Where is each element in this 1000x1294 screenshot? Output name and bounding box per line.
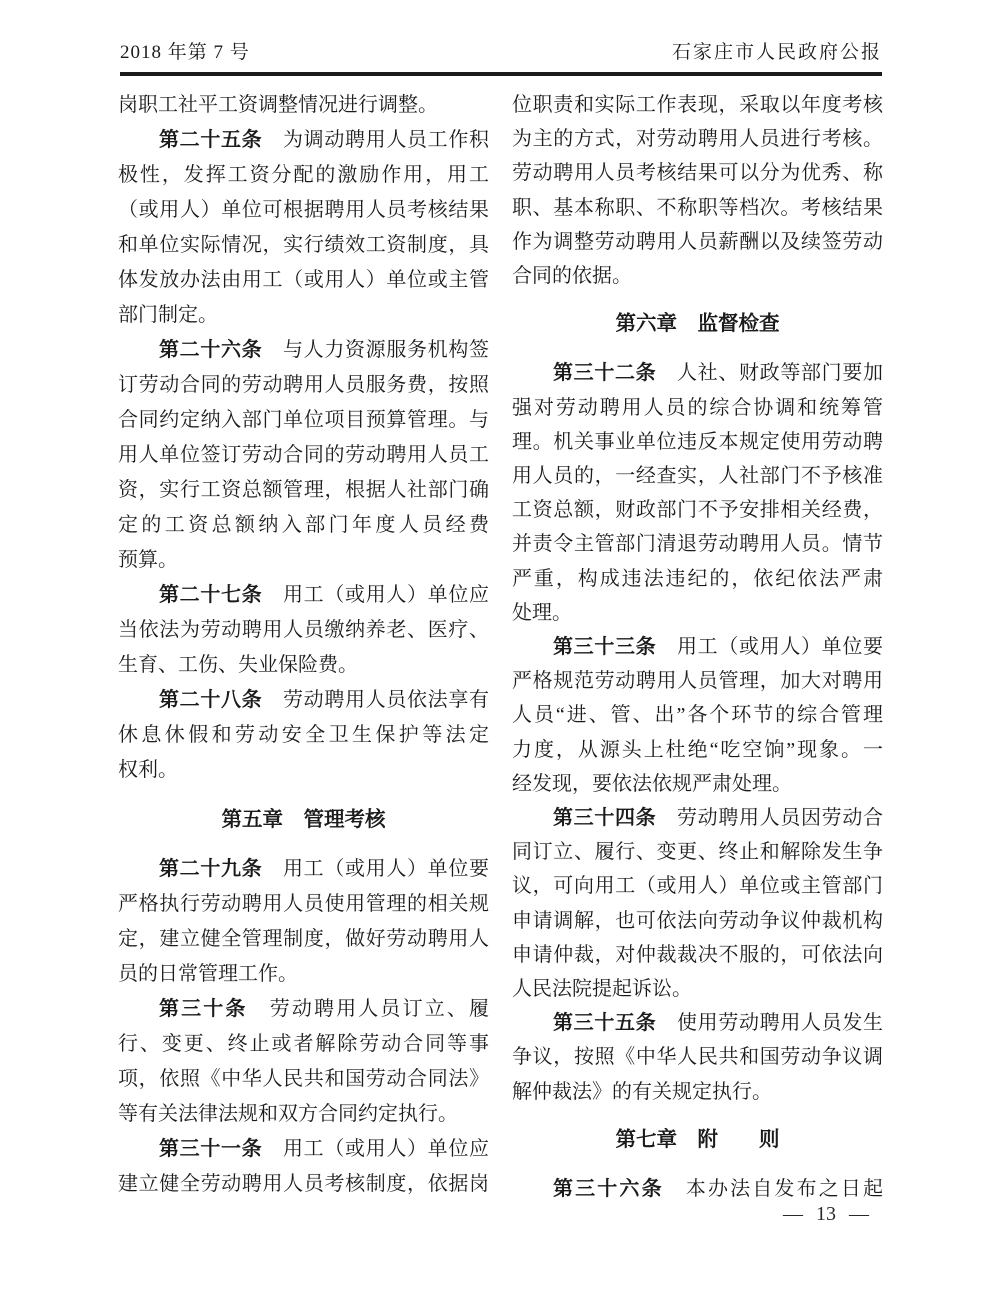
text-line: 员的日常管理工作。	[118, 957, 489, 992]
text-line: 理。机关事业单位违反本规定使用劳动聘	[512, 425, 883, 459]
text-line: 经发现，要依法依规严肃处理。	[512, 767, 883, 801]
text-line: 预算。	[118, 543, 489, 578]
article-number: 第二十五条	[159, 129, 262, 151]
text-line: 权利。	[118, 753, 489, 788]
text-line: 严重，构成违法违纪的，依纪依法严肃	[512, 562, 883, 596]
text-line: 定的工资总额纳入部门年度人员经费	[118, 508, 489, 543]
article-number: 第二十七条	[159, 584, 262, 606]
text-line: 岗职工社平工资调整情况进行调整。	[118, 88, 489, 123]
text-line: 第三十五条 使用劳动聘用人员发生	[512, 1006, 883, 1040]
text-line: 极性，发挥工资分配的激励作用，用工	[118, 158, 489, 193]
text-line: 工资总额，财政部门不予安排相关经费，	[512, 493, 883, 527]
article-number: 第二十六条	[159, 339, 262, 361]
text-line: 为主的方式，对劳动聘用人员进行考核。	[512, 122, 883, 156]
text-line: 处理。	[512, 596, 883, 630]
left-text-column: 岗职工社平工资调整情况进行调整。第二十五条 为调动聘用人员工作积极性，发挥工资分…	[118, 88, 489, 1206]
text-line: 行、变更、终止或者解除劳动合同等事	[118, 1027, 489, 1062]
text-line: 第二十八条 劳动聘用人员依法享有	[118, 683, 489, 718]
text-line: 申请仲裁，对仲裁裁决不服的，可依法向	[512, 938, 883, 972]
chapter-heading: 第七章 附 则	[512, 1123, 883, 1157]
text-line: 解仲裁法》的有关规定执行。	[512, 1075, 883, 1109]
article-number: 第三十三条	[553, 636, 656, 658]
text-line: 用人单位签订劳动合同的劳动聘用人员工	[118, 438, 489, 473]
text-line: 力度，从源头上杜绝“吃空饷”现象。一	[512, 733, 883, 767]
text-line: 用人员的，一经查实，人社部门不予核准	[512, 459, 883, 493]
text-line: 第三十四条 劳动聘用人员因劳动合	[512, 801, 883, 835]
right-text-column: 位职责和实际工作表现，采取以年度考核为主的方式，对劳动聘用人员进行考核。劳动聘用…	[512, 88, 883, 1206]
text-line: 订劳动合同的劳动聘用人员服务费，按照	[118, 368, 489, 403]
text-line: 人民法院提起诉讼。	[512, 972, 883, 1006]
text-line: 并责令主管部门清退劳动聘用人员。情节	[512, 527, 883, 561]
article-number: 第二十八条	[159, 689, 262, 711]
text-line: 生育、工伤、失业保险费。	[118, 648, 489, 683]
text-line: 第二十六条 与人力资源服务机构签	[118, 333, 489, 368]
text-line: 资，实行工资总额管理，根据人社部门确	[118, 473, 489, 508]
text-line: 定，建立健全管理制度，做好劳动聘用人	[118, 922, 489, 957]
article-number: 第三十条	[159, 998, 248, 1020]
text-line: 第三十三条 用工（或用人）单位要	[512, 630, 883, 664]
document-body: 岗职工社平工资调整情况进行调整。第二十五条 为调动聘用人员工作积极性，发挥工资分…	[118, 88, 883, 1206]
text-line: 部门制定。	[118, 298, 489, 333]
text-line: 严格规范劳动聘用人员管理，加大对聘用	[512, 664, 883, 698]
article-number: 第三十二条	[553, 362, 656, 384]
text-line: 体发放办法由用工（或用人）单位或主管	[118, 263, 489, 298]
chapter-heading: 第五章 管理考核	[118, 802, 489, 837]
header-gazette-title: 石家庄市人民政府公报	[672, 40, 882, 66]
page-number: — 13 —	[746, 1202, 906, 1226]
chapter-heading: 第六章 监督检查	[512, 307, 883, 341]
text-line: 等有关法律法规和双方合同约定执行。	[118, 1097, 489, 1132]
text-line: 第二十七条 用工（或用人）单位应	[118, 578, 489, 613]
gazette-page: 2018 年第 7 号 石家庄市人民政府公报 岗职工社平工资调整情况进行调整。第…	[0, 0, 1000, 1294]
text-line: 合同约定纳入部门单位项目预算管理。与	[118, 403, 489, 438]
text-line: 位职责和实际工作表现，采取以年度考核	[512, 88, 883, 122]
text-line: 申请调解，也可依法向劳动争议仲裁机构	[512, 904, 883, 938]
text-line: 劳动聘用人员考核结果可以分为优秀、称	[512, 156, 883, 190]
text-line: 第三十二条 人社、财政等部门要加	[512, 356, 883, 390]
text-line: 第二十五条 为调动聘用人员工作积	[118, 123, 489, 158]
text-line: 同订立、履行、变更、终止和解除发生争	[512, 835, 883, 869]
text-line: 项，依照《中华人民共和国劳动合同法》	[118, 1062, 489, 1097]
text-line: （或用人）单位可根据聘用人员考核结果	[118, 193, 489, 228]
article-number: 第三十六条	[553, 1178, 664, 1200]
text-line: 议，可向用工（或用人）单位或主管部门	[512, 869, 883, 903]
article-number: 第三十一条	[159, 1138, 262, 1160]
article-number: 第二十九条	[159, 858, 262, 880]
text-line: 第三十一条 用工（或用人）单位应	[118, 1132, 489, 1167]
text-line: 争议，按照《中华人民共和国劳动争议调	[512, 1040, 883, 1074]
text-line: 合同的依据。	[512, 259, 883, 293]
text-line: 人员“进、管、出”各个环节的综合管理	[512, 698, 883, 732]
text-line: 第三十条 劳动聘用人员订立、履	[118, 992, 489, 1027]
header-issue-number: 2018 年第 7 号	[120, 40, 250, 66]
article-number: 第三十五条	[553, 1012, 656, 1034]
page-header: 2018 年第 7 号 石家庄市人民政府公报	[120, 40, 882, 76]
article-number: 第三十四条	[553, 807, 656, 829]
text-line: 强对劳动聘用人员的综合协调和统筹管	[512, 391, 883, 425]
text-line: 职、基本称职、不称职等档次。考核结果	[512, 191, 883, 225]
text-line: 严格执行劳动聘用人员使用管理的相关规	[118, 887, 489, 922]
text-line: 第二十九条 用工（或用人）单位要	[118, 852, 489, 887]
text-line: 和单位实际情况，实行绩效工资制度，具	[118, 228, 489, 263]
text-line: 建立健全劳动聘用人员考核制度，依据岗	[118, 1167, 489, 1202]
text-line: 作为调整劳动聘用人员薪酬以及续签劳动	[512, 225, 883, 259]
text-line: 休息休假和劳动安全卫生保护等法定	[118, 718, 489, 753]
text-line: 当依法为劳动聘用人员缴纳养老、医疗、	[118, 613, 489, 648]
